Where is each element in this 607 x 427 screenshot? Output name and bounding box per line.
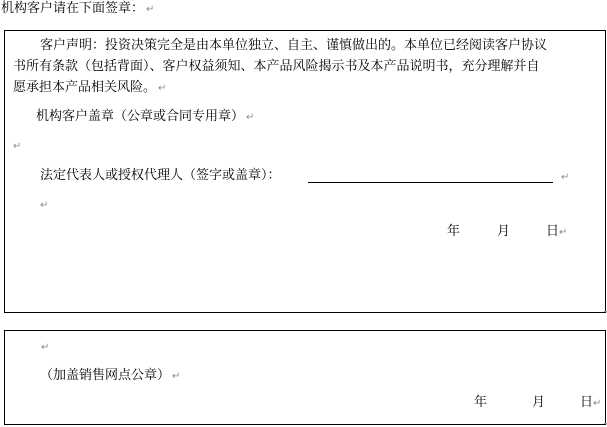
- form-heading: 机构客户请在下面签章：↵: [1, 1, 154, 18]
- signature-label: 法定代表人或授权代理人（签字或盖章）：: [40, 168, 281, 184]
- date-day-label: 日: [546, 224, 559, 239]
- branch-seal-row: （加盖销售网点公章）↵: [40, 368, 180, 385]
- statement-line-1: 客户声明：投资决策完全是由本单位独立、自主、谨慎做出的。本单位已经阅读客户协议: [40, 38, 547, 54]
- branch-seal-label: （加盖销售网点公章）: [40, 368, 170, 383]
- seal-label-row: 机构客户盖章（公章或合同专用章）↵: [36, 109, 254, 126]
- paragraph-mark-icon: ↵: [40, 198, 48, 214]
- branch-date-year-label: 年: [474, 395, 487, 411]
- branch-date-month-label: 月: [532, 395, 545, 411]
- heading-text: 机构客户请在下面签章：: [1, 1, 144, 16]
- date-year-label: 年: [447, 224, 460, 240]
- paragraph-mark-icon: ↵: [246, 112, 254, 123]
- paragraph-mark-icon: ↵: [158, 83, 166, 94]
- paragraph-mark-icon: ↵: [561, 170, 569, 186]
- paragraph-mark-icon: ↵: [559, 227, 567, 238]
- paragraph-mark-icon: ↵: [41, 340, 49, 356]
- paragraph-mark-icon: ↵: [146, 4, 154, 15]
- paragraph-mark-icon: ↵: [13, 139, 21, 155]
- statement-line-2: 书所有条款（包括背面）、客户权益须知、本产品风险揭示书及本产品说明书，充分理解并…: [13, 59, 540, 75]
- seal-label: 机构客户盖章（公章或合同专用章）: [36, 109, 244, 124]
- signature-line[interactable]: [308, 182, 553, 183]
- date-day-row: 日↵: [546, 224, 567, 241]
- branch-date-day-row: 日↵: [580, 395, 601, 412]
- branch-date-day-label: 日: [580, 395, 593, 410]
- date-month-label: 月: [497, 224, 510, 240]
- statement-line-3: 愿承担本产品相关风险。↵: [13, 80, 166, 97]
- paragraph-mark-icon: ↵: [172, 371, 180, 382]
- paragraph-mark-icon: ↵: [593, 398, 601, 409]
